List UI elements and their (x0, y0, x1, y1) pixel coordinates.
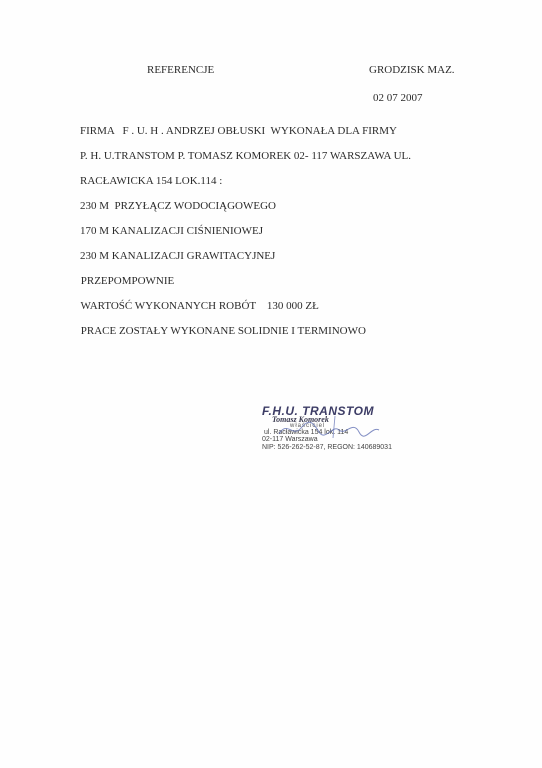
body-line: 170 M KANALIZACJI CIŚNIENIOWEJ (80, 225, 263, 237)
body-line: RACŁAWICKA 154 LOK.114 : (80, 175, 222, 187)
body-line: 230 M KANALIZACJI GRAWITACYJNEJ (80, 250, 275, 262)
body-line: PRZEPOMPOWNIE (78, 275, 174, 287)
body-line: 230 M PRZYŁĄCZ WODOCIĄGOWEGO (80, 200, 276, 212)
body-line: PRACE ZOSTAŁY WYKONANE SOLIDNIE I TERMIN… (78, 325, 366, 337)
signature-icon (275, 414, 385, 440)
body-line: WARTOŚĆ WYKONANYCH ROBÓT 130 000 ZŁ (78, 300, 319, 312)
body-line: P. H. U.TRANSTOM P. TOMASZ KOMOREK 02- 1… (80, 150, 411, 162)
document-heading: REFERENCJE (147, 64, 214, 76)
document-place: GRODZISK MAZ. (369, 64, 455, 76)
stamp-ids: NIP: 526-262-52-87, REGON: 140689031 (262, 444, 392, 451)
body-line: FIRMA F . U. H . ANDRZEJ OBŁUSKI WYKONAŁ… (80, 125, 397, 137)
document-date: 02 07 2007 (373, 92, 423, 104)
document-page: REFERENCJE GRODZISK MAZ. 02 07 2007 FIRM… (0, 0, 542, 768)
